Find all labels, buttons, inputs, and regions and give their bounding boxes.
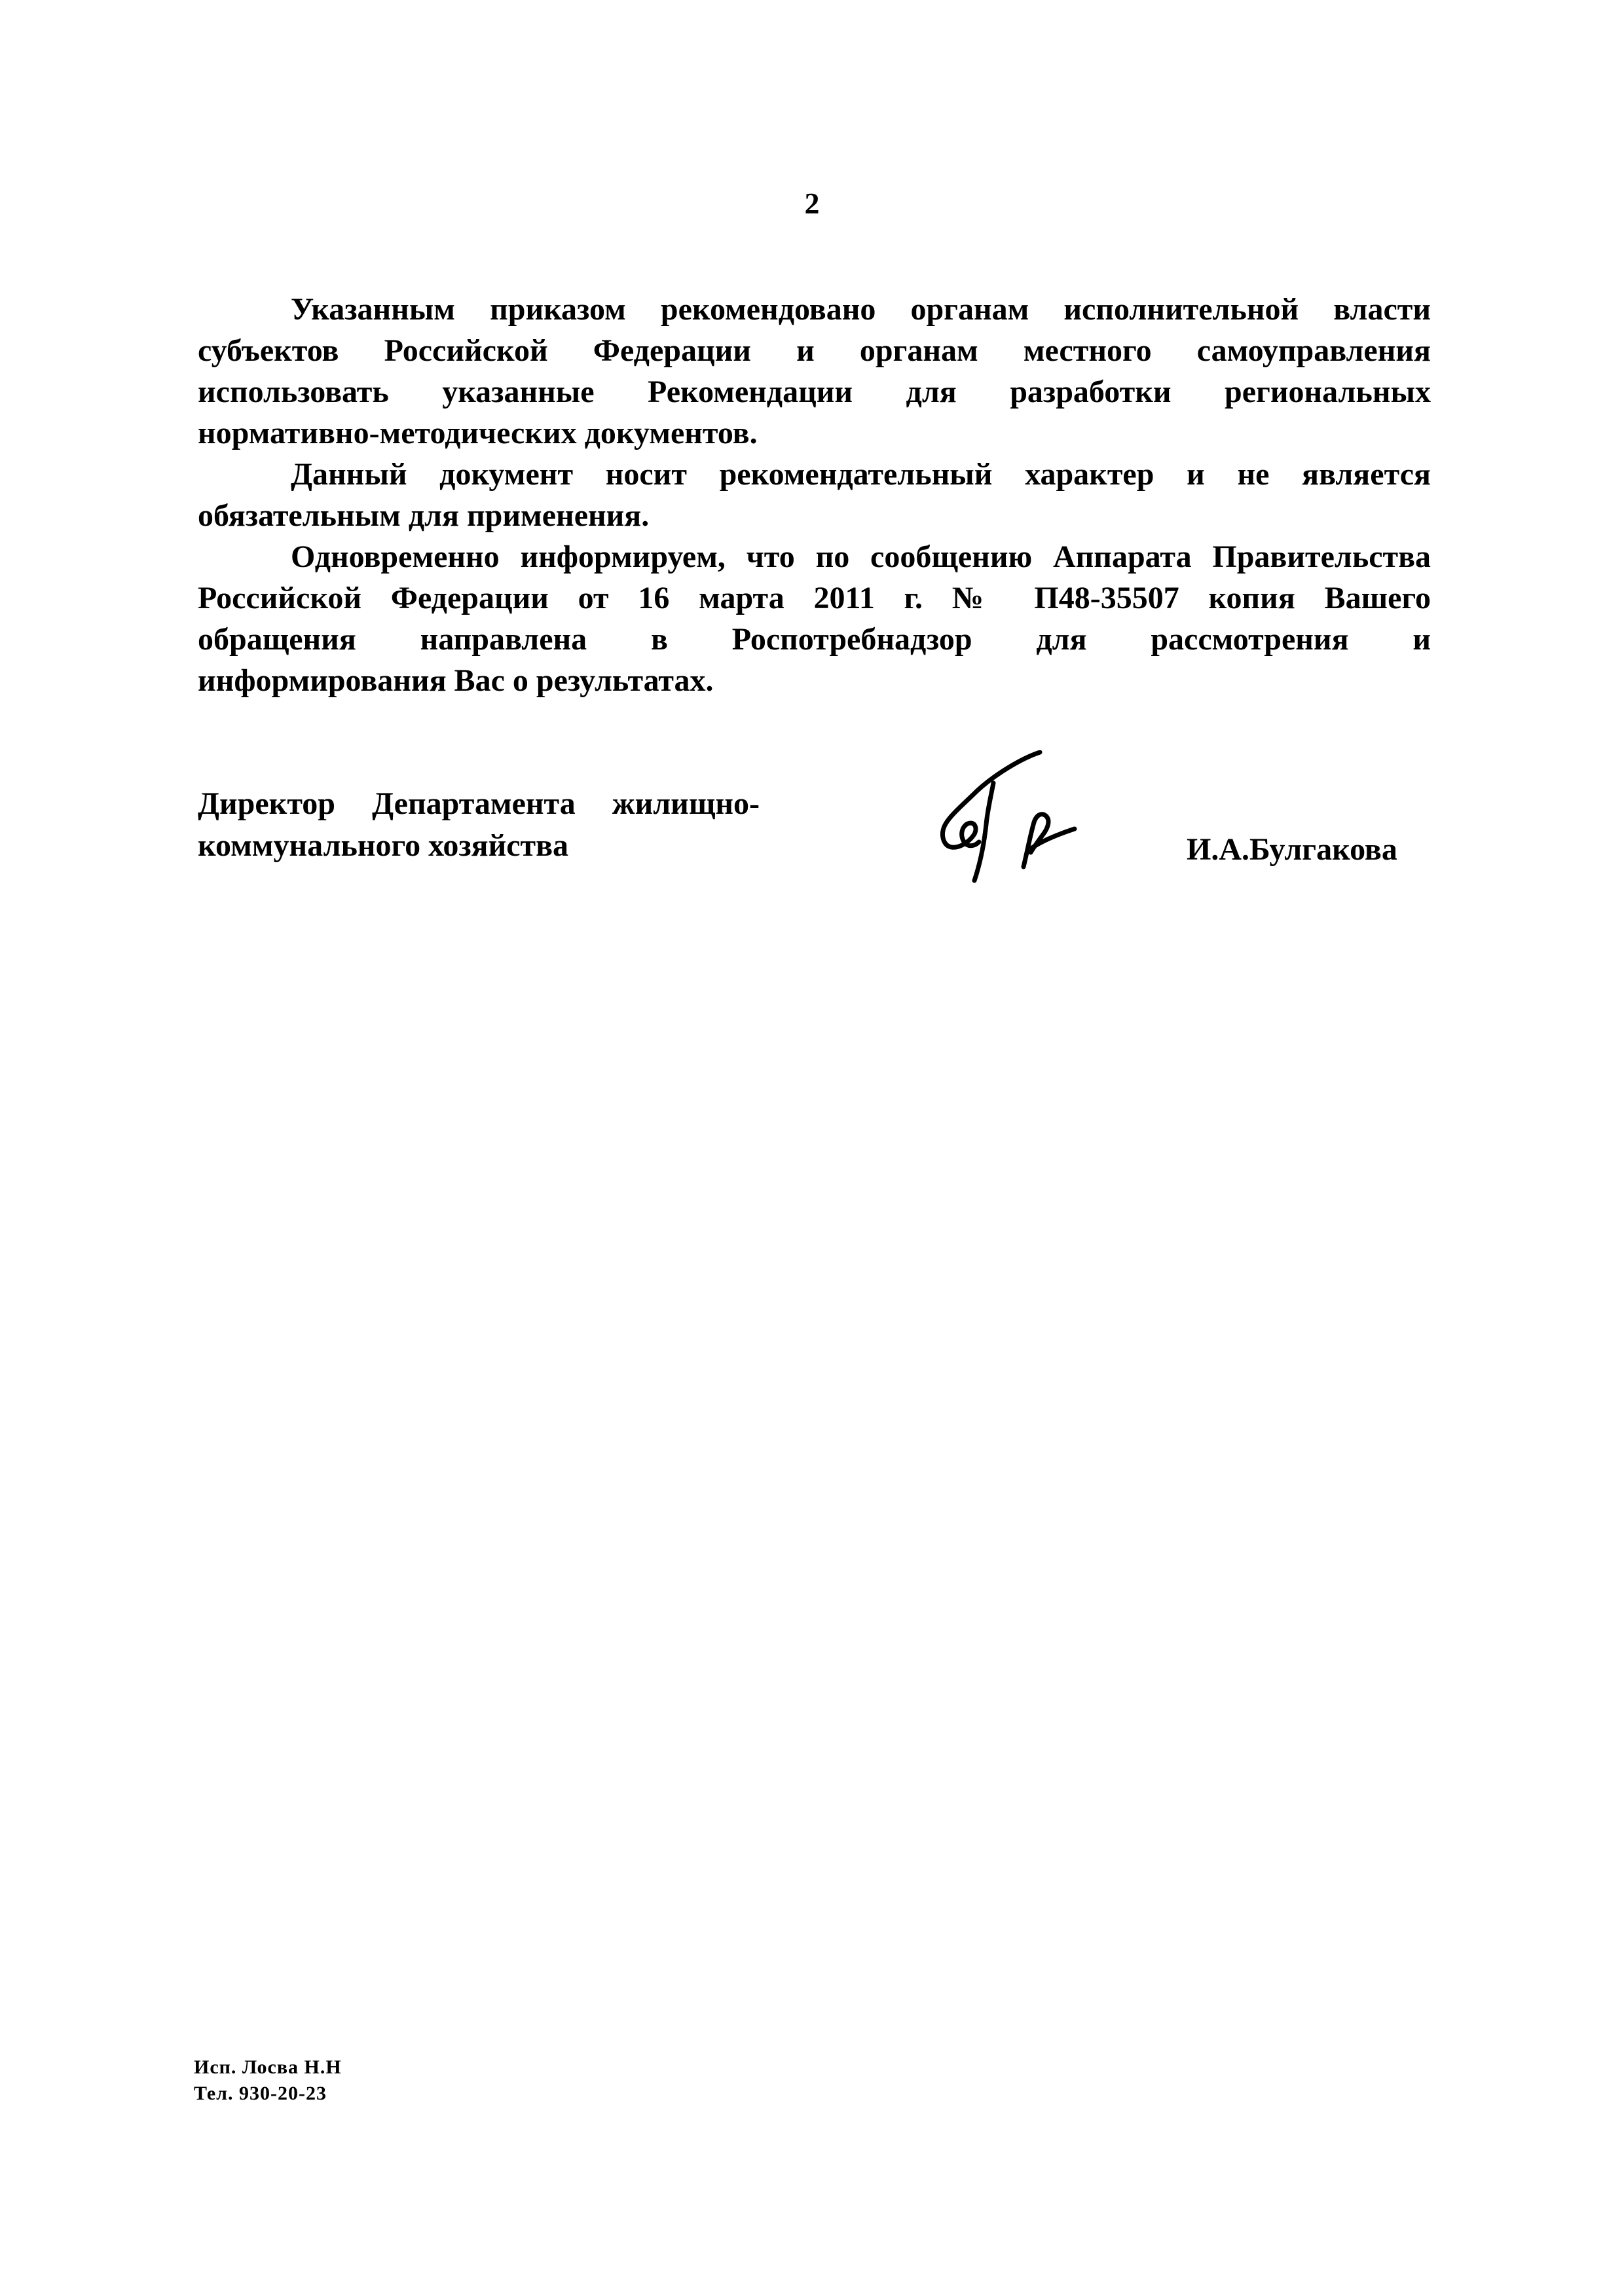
paragraph-line: информирования Вас о результатах. (198, 660, 1431, 701)
footer-phone: Тел. 930-20-23 (194, 2081, 342, 2107)
paragraph-line: Указанным приказом рекомендовано органам… (198, 289, 1431, 330)
footer-executor: Исп. Лосва Н.Н (194, 2054, 342, 2081)
signature-name: И.А.Булгакова (1187, 831, 1397, 867)
page-number: 2 (0, 186, 1624, 221)
handwritten-signature-icon (940, 750, 1081, 891)
paragraph-line: Российской Федерации от 16 марта 2011 г.… (198, 577, 1431, 619)
paragraph-line: Данный документ носит рекомендательный х… (198, 454, 1431, 495)
signature-title: Директор Департамента жилищно- коммуналь… (198, 783, 760, 867)
paragraph-line: нормативно-методических документов. (198, 412, 1431, 454)
document-page: 2 Указанным приказом рекомендовано орган… (0, 0, 1624, 2296)
paragraph-line: субъектов Российской Федерации и органам… (198, 330, 1431, 371)
paragraph-line: Одновременно информируем, что по сообщен… (198, 536, 1431, 577)
footer-block: Исп. Лосва Н.Н Тел. 930-20-23 (194, 2054, 342, 2107)
paragraph-line: использовать указанные Рекомендации для … (198, 371, 1431, 412)
signature-title-line: коммунального хозяйства (198, 825, 760, 867)
signature-title-line: Директор Департамента жилищно- (198, 783, 760, 825)
paragraph-line: обязательным для применения. (198, 495, 1431, 536)
letter-body: Указанным приказом рекомендовано органам… (198, 289, 1431, 701)
paragraph-line: обращения направлена в Роспотребнадзор д… (198, 619, 1431, 660)
